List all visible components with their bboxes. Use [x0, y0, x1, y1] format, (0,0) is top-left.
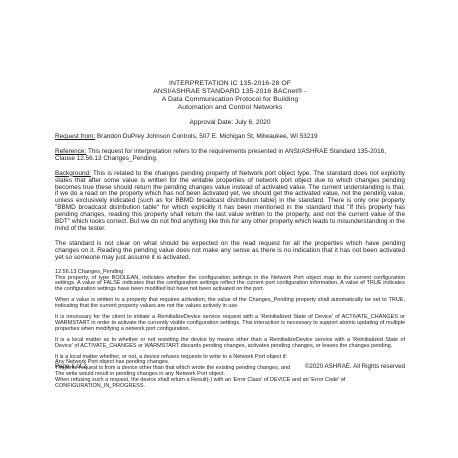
reference-paragraph: Reference: This request for interpretati…	[55, 149, 405, 163]
title-line-4: Automation and Control Networks	[55, 104, 405, 112]
background-text: This is related to the changes pending p…	[55, 170, 405, 232]
approval-date: Approval Date: July 6, 2020	[55, 119, 405, 126]
document-title: INTERPRETATION IC 135-2016-28 OF ANSI/AS…	[55, 80, 405, 112]
clause-paragraph: This property, of type BOOLEAN, indicate…	[55, 276, 405, 294]
copyright-notice: ©2020 ASHRAE. All Rights reserved	[305, 363, 405, 370]
title-line-3: A Data Communication Protocol for Buildi…	[55, 96, 405, 104]
clause-paragraph: When a value is written to a property th…	[55, 298, 405, 310]
background-paragraph: Background: This is related to the chang…	[55, 171, 405, 233]
request-from-text: Brandon DuPrey Johnson Controls, 507 E. …	[97, 133, 318, 140]
title-line-2: ANSI/ASHRAE STANDARD 135-2016 BACnet® -	[55, 88, 405, 96]
request-from-paragraph: Request from: Brandon DuPrey Johnson Con…	[55, 134, 405, 141]
standard-excerpt: 12.56.13 Changes_Pending This property, …	[55, 270, 405, 390]
request-from-label: Request from:	[55, 133, 95, 140]
document-page: INTERPRETATION IC 135-2016-28 OF ANSI/AS…	[0, 0, 458, 458]
page-number: Page 1 of 2	[55, 363, 87, 370]
title-line-1: INTERPRETATION IC 135-2016-28 OF	[55, 80, 405, 88]
page-footer: Page 1 of 2 ©2020 ASHRAE. All Rights res…	[55, 363, 405, 370]
local-matter-list-item: When refusing such a request, the device…	[55, 378, 405, 390]
clause-paragraph: It is a local matter as to whether or no…	[55, 338, 405, 350]
reference-text: This request for interpretation refers t…	[55, 148, 386, 162]
background-paragraph-2: The standard is not clear on what should…	[55, 241, 405, 262]
clause-paragraph: It is necessary for the client to initia…	[55, 315, 405, 333]
